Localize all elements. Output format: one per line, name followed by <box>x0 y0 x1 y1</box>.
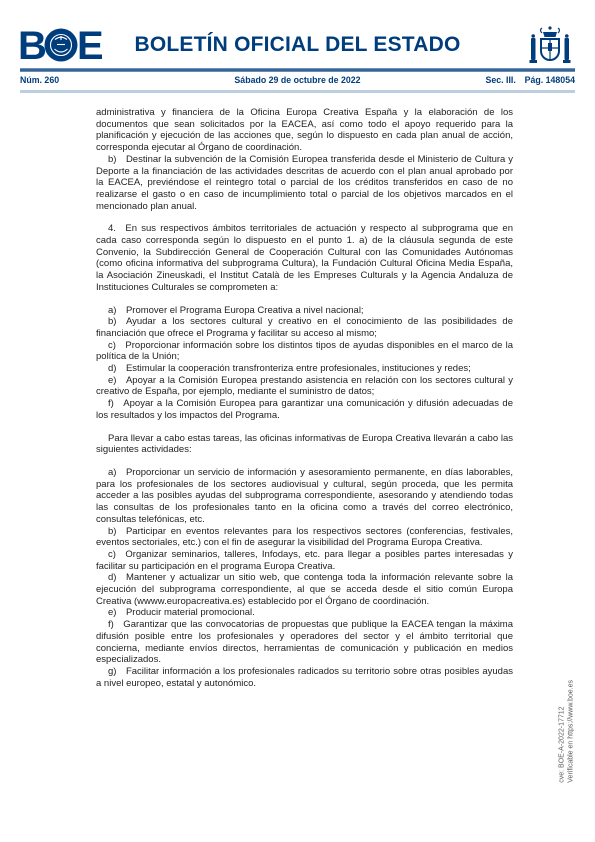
paragraph: 4. En sus respectivos ámbitos territoria… <box>96 223 513 293</box>
document-body: administrativa y financiera de la Oficin… <box>96 107 513 689</box>
paragraph: a) Proporcionar un servicio de informaci… <box>96 467 513 526</box>
paragraph: b) Participar en eventos relevantes para… <box>96 526 513 549</box>
paragraph: e) Producir material promocional. <box>96 607 513 619</box>
paragraph: Para llevar a cabo estas tareas, las ofi… <box>96 433 513 456</box>
page-title: BOLETÍN OFICIAL DEL ESTADO <box>0 33 595 57</box>
paragraph: f) Apoyar a la Comisión Europea para gar… <box>96 398 513 421</box>
cve-code: cve: BOE-A-2022-17712 <box>559 680 568 783</box>
header-rule-top <box>20 68 575 72</box>
header-rule-bottom <box>20 90 575 93</box>
paragraph: d) Estimular la cooperación transfronter… <box>96 363 513 375</box>
issue-date: Sábado 29 de octubre de 2022 <box>234 75 360 85</box>
coat-of-arms <box>525 24 575 70</box>
paragraph: c) Organizar seminarios, talleres, Infod… <box>96 549 513 572</box>
boe-document-page: B E BOLETÍN OFICIAL DEL ESTADO <box>0 0 595 842</box>
section-page: Sec. III. Pág. 148054 <box>486 75 576 85</box>
paragraph: administrativa y financiera de la Oficin… <box>96 107 513 154</box>
paragraph: e) Apoyar a la Comisión Europea prestand… <box>96 375 513 398</box>
cve-vertical-text: cve: BOE-A-2022-17712 Verificable en htt… <box>559 680 576 783</box>
paragraph: b) Ayudar a los sectores cultural y crea… <box>96 316 513 339</box>
verifiable-url: Verificable en https://www.boe.es <box>568 680 577 783</box>
paragraph: b) Destinar la subvención de la Comisión… <box>96 154 513 213</box>
paragraph: a) Promover el Programa Europa Creativa … <box>96 305 513 317</box>
paragraph: g) Facilitar información a los profesion… <box>96 666 513 689</box>
coat-of-arms-icon <box>525 24 575 70</box>
paragraph: d) Mantener y actualizar un sitio web, q… <box>96 572 513 607</box>
paragraph: f) Garantizar que las convocatorias de p… <box>96 619 513 666</box>
issue-number: Núm. 260 <box>20 75 59 85</box>
paragraph: c) Proporcionar información sobre los di… <box>96 340 513 363</box>
